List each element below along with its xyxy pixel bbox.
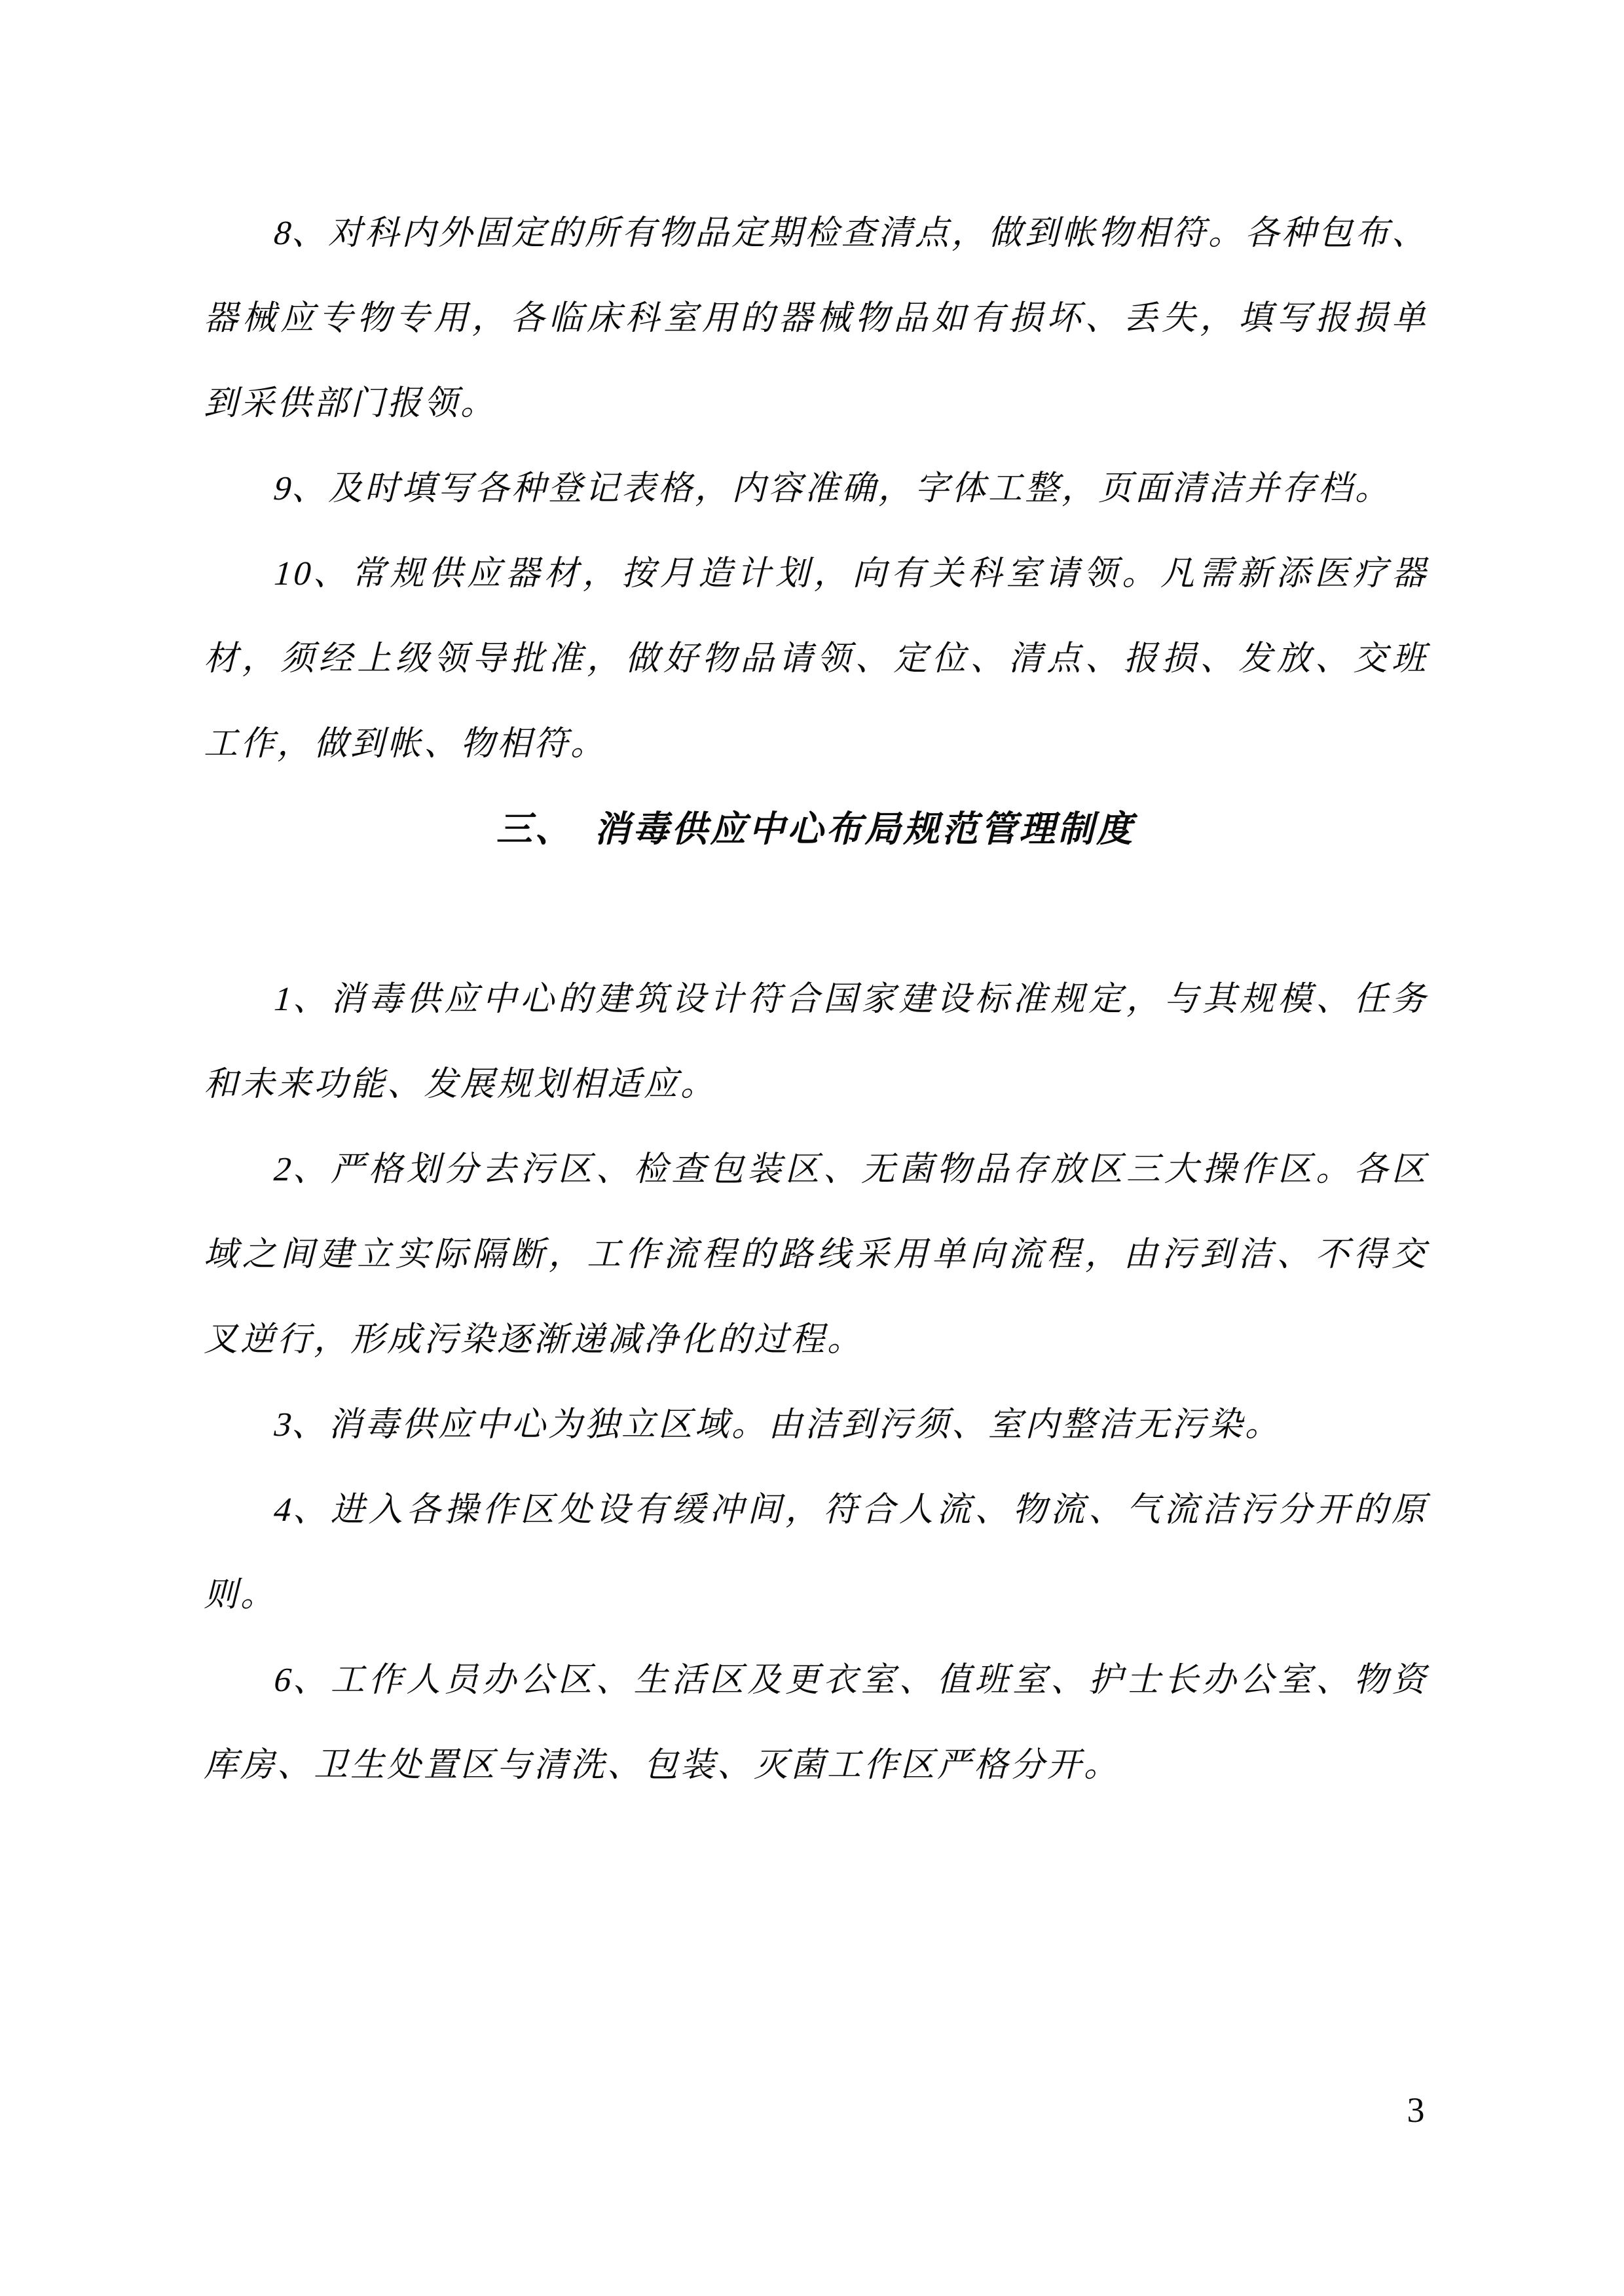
text-line: 域之间建立实际隔断，工作流程的路线采用单向流程，由污到洁、不得交 bbox=[196, 1212, 1441, 1298]
text-line: 8、对科内外固定的所有物品定期检查清点，做到帐物相符。各种包布、 bbox=[196, 191, 1441, 276]
blank-line bbox=[196, 872, 1441, 957]
text-line: 4、进入各操作区处设有缓冲间，符合人流、物流、气流洁污分开的原 bbox=[196, 1468, 1441, 1553]
text-line: 2、严格划分去污区、检查包装区、无菌物品存放区三大操作区。各区 bbox=[196, 1127, 1441, 1212]
page-number: 3 bbox=[1395, 2068, 1437, 2153]
document-body: 8、对科内外固定的所有物品定期检查清点，做到帐物相符。各种包布、器械应专物专用，… bbox=[206, 191, 1431, 1808]
text-line: 3、消毒供应中心为独立区域。由洁到污须、室内整洁无污染。 bbox=[196, 1383, 1441, 1468]
document-page: 8、对科内外固定的所有物品定期检查清点，做到帐物相符。各种包布、器械应专物专用，… bbox=[0, 0, 1624, 2296]
text-line: 到采供部门报领。 bbox=[196, 361, 1441, 446]
section-heading: 三、 消毒供应中心布局规范管理制度 bbox=[196, 787, 1441, 872]
text-line: 6、工作人员办公区、生活区及更衣室、值班室、护士长办公室、物资 bbox=[196, 1638, 1441, 1723]
text-line: 则。 bbox=[196, 1553, 1441, 1638]
text-line: 1、消毒供应中心的建筑设计符合国家建设标准规定，与其规模、任务 bbox=[196, 957, 1441, 1042]
text-line: 和未来功能、发展规划相适应。 bbox=[196, 1042, 1441, 1127]
text-line: 10、常规供应器材，按月造计划，向有关科室请领。凡需新添医疗器 bbox=[196, 532, 1441, 617]
text-line: 材，须经上级领导批准，做好物品请领、定位、清点、报损、发放、交班 bbox=[196, 617, 1441, 702]
text-line: 器械应专物专用，各临床科室用的器械物品如有损坏、丢失，填写报损单 bbox=[196, 276, 1441, 361]
text-line: 9、及时填写各种登记表格，内容准确，字体工整，页面清洁并存档。 bbox=[196, 446, 1441, 532]
text-line: 叉逆行，形成污染逐渐递减净化的过程。 bbox=[196, 1298, 1441, 1383]
text-line: 工作，做到帐、物相符。 bbox=[196, 702, 1441, 787]
text-line: 库房、卫生处置区与清洗、包装、灭菌工作区严格分开。 bbox=[196, 1723, 1441, 1808]
